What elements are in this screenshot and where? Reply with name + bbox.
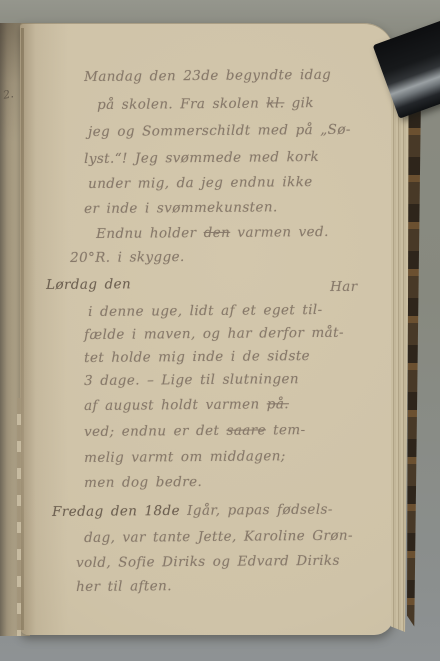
handwritten-text: lyst.“! Jeg svømmede med kork [84,149,319,167]
handwritten-line: fælde i maven, og har derfor måt- [84,324,344,344]
handwritten-text: Har [330,279,358,295]
handwritten-line: af august holdt varmen på. [84,395,289,415]
handwritten-text: af august holdt varmen [84,396,267,414]
handwritten-line: Fredag den 18de Igår, papas fødsels- [52,501,333,521]
handwritten-line: vold, Sofie Diriks og Edvard Diriks [76,552,340,572]
handwritten-line: melig varmt om middagen; [84,447,286,467]
handwritten-line: Endnu holder den varmen ved. [96,223,329,243]
handwritten-line: dag, var tante Jette, Karoline Grøn- [84,527,353,547]
handwritten-text: Fredag den 18de [52,503,187,520]
struck-word: den [204,225,231,241]
handwritten-text: gik [284,95,314,111]
handwritten-line: i denne uge, lidt af et eget til- [88,301,323,321]
handwritten-line: Har [330,278,358,296]
handwritten-text: 3 dage. – Lige til slutningen [84,371,299,389]
handwritten-text: dag, var tante Jette, Karoline Grøn- [84,528,353,546]
handwritten-line: under mig, da jeg endnu ikke [88,173,313,193]
handwritten-text: melig varmt om middagen; [84,448,286,466]
handwritten-line: 20°R. i skygge. [70,248,185,267]
handwritten-text: er inde i svømmekunsten. [84,199,278,217]
handwritten-line: tet holde mig inde i de sidste [84,347,310,367]
handwritten-line: ved; endnu er det saare tem- [84,421,306,441]
struck-word: kl. [266,95,284,111]
handwritten-text: Mandag den 23de begyndte idag [84,67,331,85]
handwritten-text: under mig, da jeg endnu ikke [88,174,313,192]
handwritten-text: jeg og Sommerschildt med på „Sø- [88,122,351,140]
handwritten-text: tem- [266,422,306,438]
handwritten-text: Igår, papas fødsels- [187,502,333,519]
handwritten-text: Endnu holder [96,225,204,242]
handwritten-text: ved; endnu er det [84,423,227,440]
handwritten-line: på skolen. Fra skolen kl. gik [97,94,314,114]
diary-photo: 2. Mandag den 23de begyndte idagpå skole… [0,0,440,661]
handwritten-text: varmen ved. [230,224,329,241]
handwriting-layer: Mandag den 23de begyndte idagpå skolen. … [0,0,440,661]
struck-word: på. [267,396,289,412]
handwritten-text: men dog bedre. [84,474,202,491]
handwritten-text: vold, Sofie Diriks og Edvard Diriks [76,553,340,571]
struck-word: saare [226,422,266,438]
handwritten-line: lyst.“! Jeg svømmede med kork [84,148,319,168]
handwritten-text: på skolen. Fra skolen [97,96,266,113]
handwritten-line: Mandag den 23de begyndte idag [84,66,331,86]
handwritten-text: 20°R. i skygge. [70,249,185,266]
handwritten-line: her til aften. [76,577,172,596]
handwritten-text: fælde i maven, og har derfor måt- [84,325,344,343]
handwritten-line: jeg og Sommerschildt med på „Sø- [88,121,351,141]
handwritten-text: her til aften. [76,578,172,595]
handwritten-line: er inde i svømmekunsten. [84,198,278,218]
handwritten-line: men dog bedre. [84,473,202,492]
handwritten-text: tet holde mig inde i de sidste [84,348,310,366]
handwritten-line: Lørdag den [46,275,131,294]
handwritten-line: 3 dage. – Lige til slutningen [84,370,299,390]
handwritten-text: i denne uge, lidt af et eget til- [88,302,323,320]
handwritten-text: Lørdag den [46,276,131,293]
